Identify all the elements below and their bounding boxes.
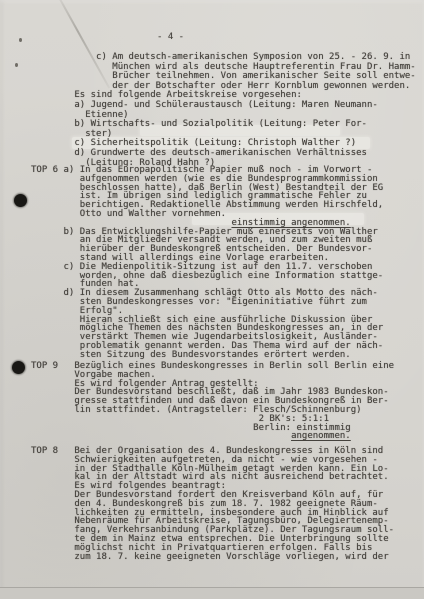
doc-line: sten Sitzung des Bundesvorstandes erörte…: [31, 351, 383, 360]
doc-line-text: d) Grundwerte des deutsch-amerikanischen…: [74, 148, 367, 158]
scanned-document-page: - 4 - c) Am deutsch-amerikanischen Sympo…: [0, 0, 424, 599]
page-number: - 4 -: [157, 32, 184, 42]
ink-speck: [15, 63, 18, 67]
doc-line-text: b) Wirtschafts- und Sozialpolitik (Leitu…: [74, 119, 367, 129]
doc-line-text: c) Am deutsch-amerikanischen Symposion v…: [96, 52, 410, 62]
doc-line-text: c) Sicherheitspolitik (Leitung: Christop…: [74, 138, 356, 148]
scan-bottom-edge: [0, 587, 424, 599]
ink-speck: [19, 38, 22, 42]
doc-line-text: zum 18. 7. keine geeigneten Vorschläge v…: [74, 552, 388, 562]
section-top-8: TOP 8 Bei der Organisation des 4. Bundes…: [31, 447, 394, 561]
doc-line: zum 18. 7. keine geeigneten Vorschläge v…: [31, 553, 394, 562]
doc-line-text: Brücher teilnehmen. Von amerikanischer S…: [112, 71, 415, 81]
hole-punch: [14, 194, 27, 207]
doc-line: angenommen.: [31, 432, 394, 441]
doc-line-text: a) Jugend- und Schüleraustausch (Leitung…: [74, 100, 377, 110]
section-top-6: TOP 6 a) In das Europapolitische Papier …: [31, 166, 383, 360]
doc-line-text: sten Sitzung des Bundesvorstandes erörte…: [80, 350, 351, 360]
doc-line-text: Es sind folgende Arbeitskreise vorgesehe…: [74, 90, 302, 100]
underlined-resolution-text: angenommen.: [291, 431, 351, 441]
hole-punch: [12, 361, 25, 374]
section-symposium: c) Am deutsch-amerikanischen Symposion v…: [31, 53, 416, 168]
section-top-9: TOP 9 Bezüglich eines Bundeskongresses i…: [31, 362, 394, 441]
